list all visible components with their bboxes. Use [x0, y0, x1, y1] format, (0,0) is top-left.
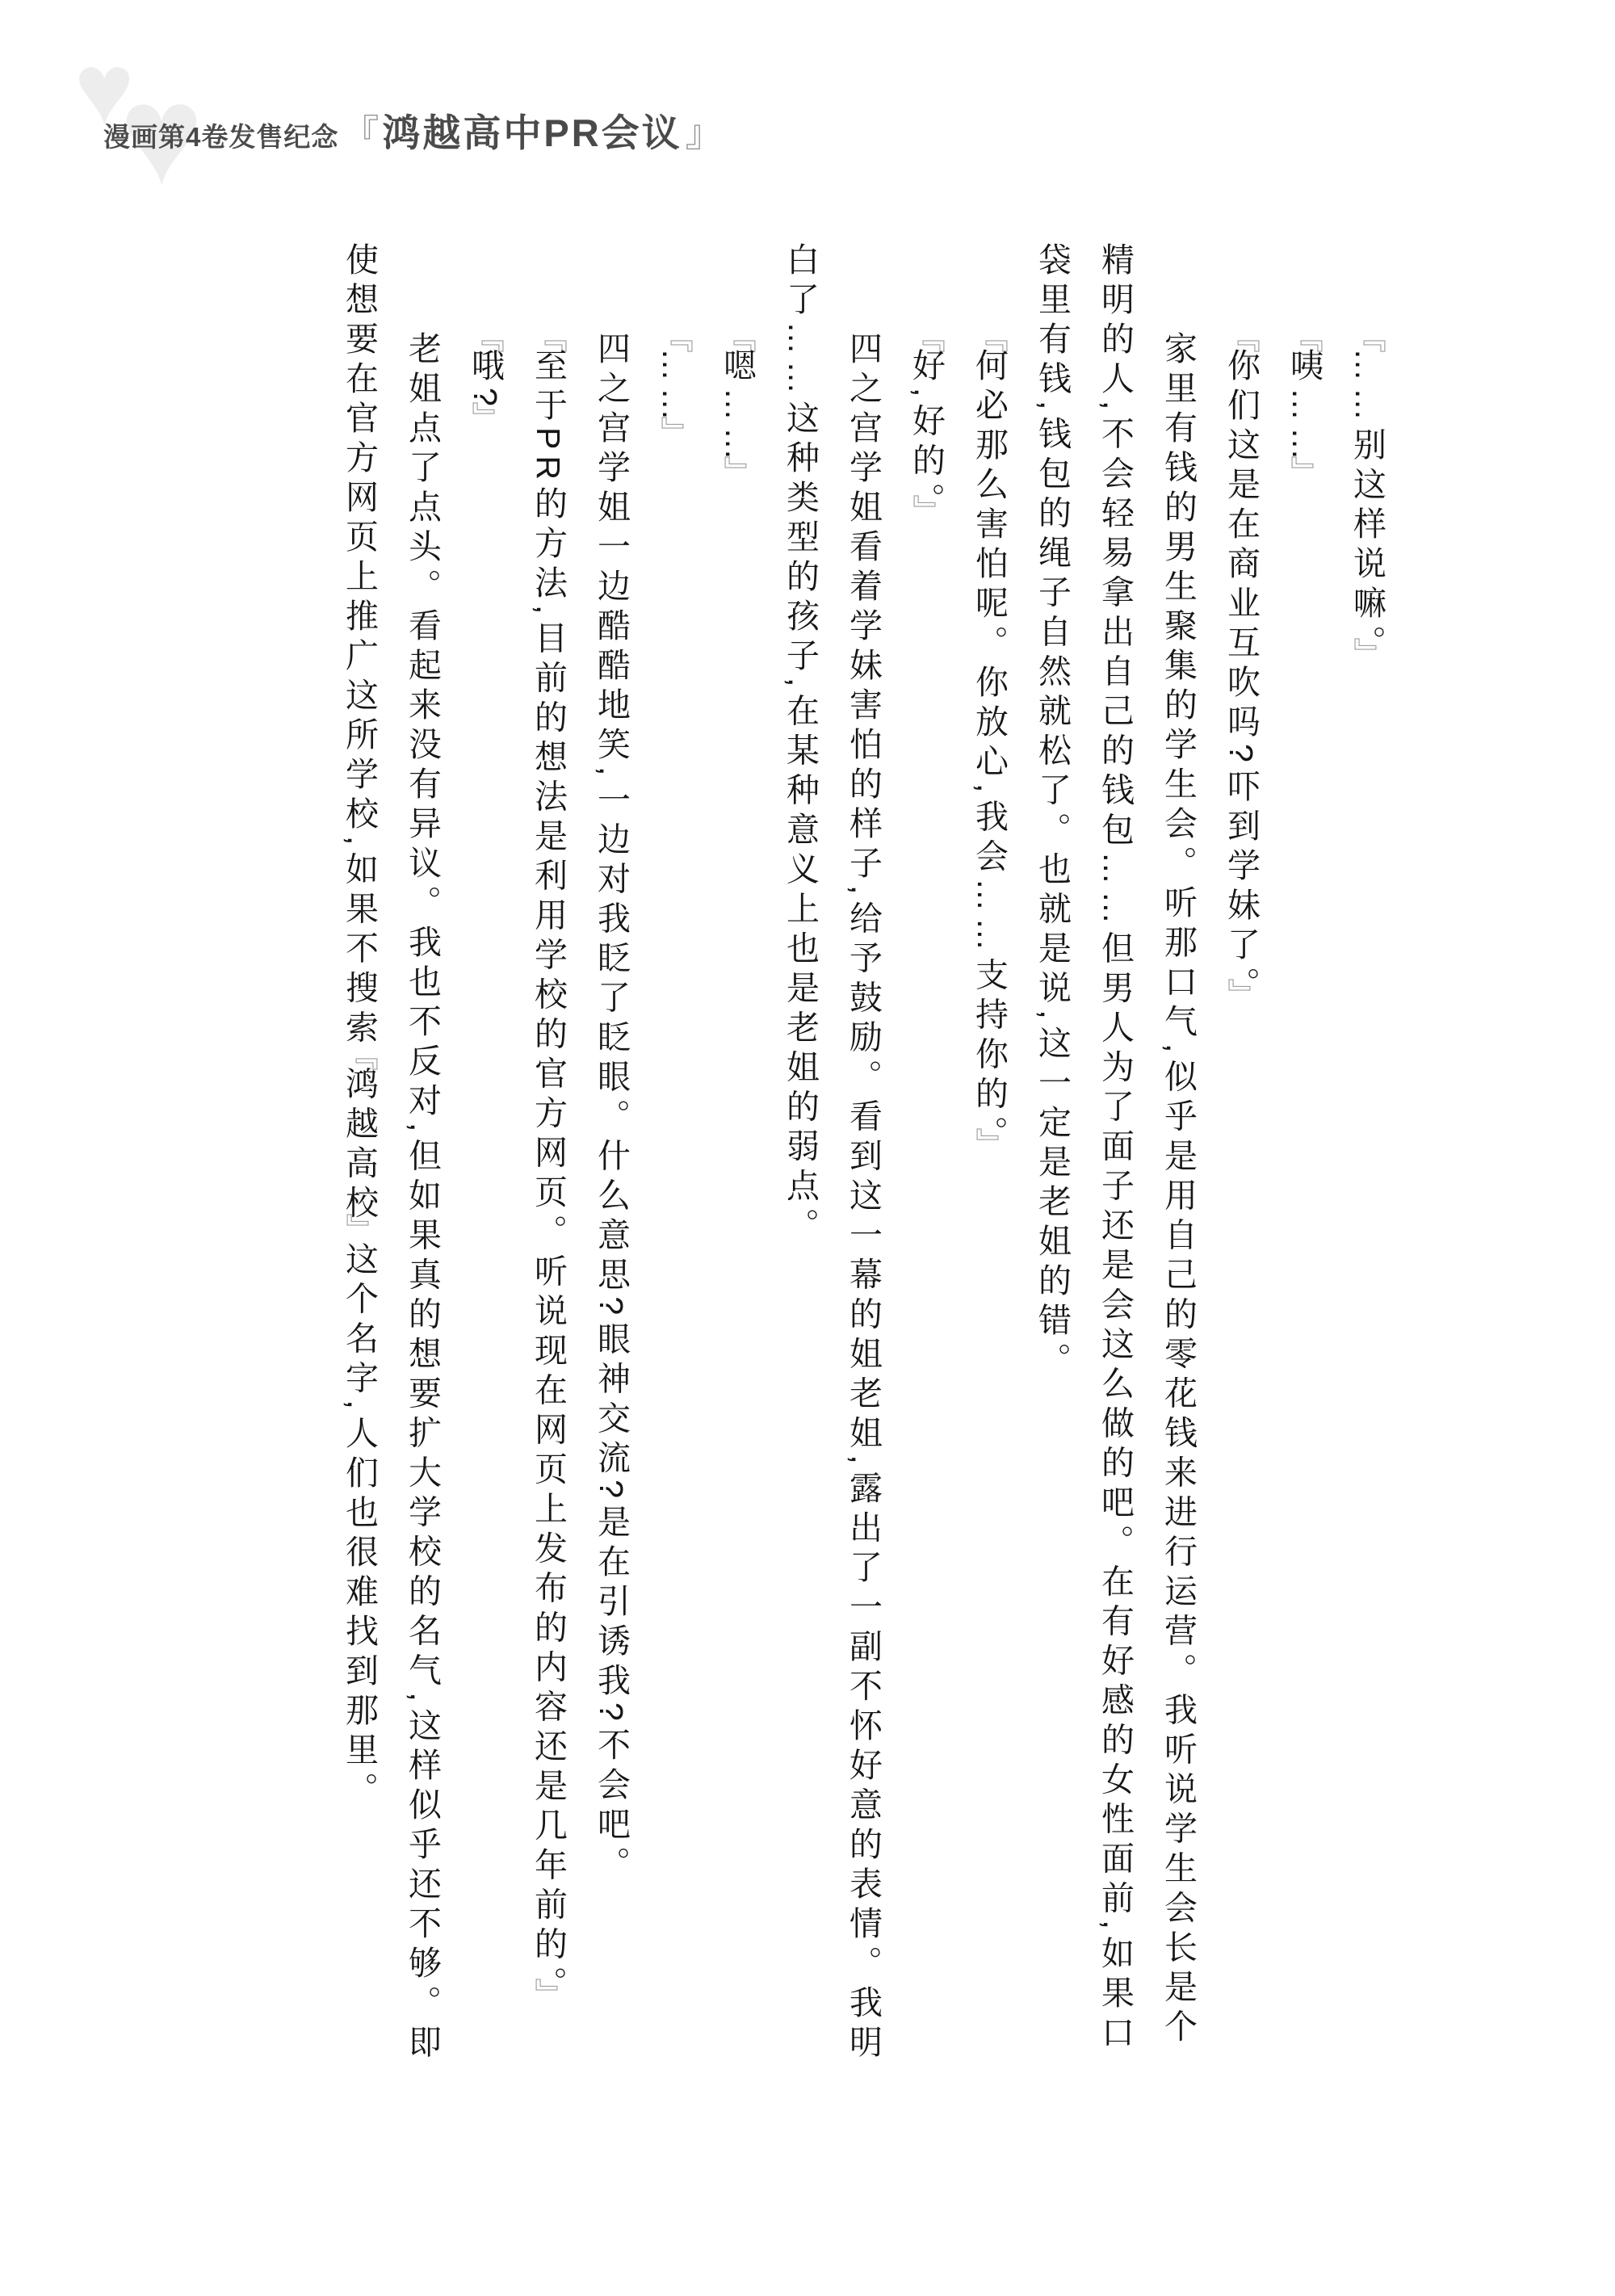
page-header: ♥ ♥ 漫画第4卷发售纪念 『 鸿越高中PR会议 』 — [0, 0, 969, 210]
quote-bracket-icon: 『 — [908, 320, 945, 359]
paragraph: 家里有钱的男生聚集的学生会。听那口气,似乎是用自己的零花钱来进行运营。我听说学生… — [1021, 242, 1210, 2084]
quote-bracket-icon: 『 — [1286, 320, 1323, 359]
quote-bracket-icon: 『 — [341, 1038, 378, 1077]
quote-bracket-icon: 』 — [1286, 455, 1323, 495]
quote-bracket-icon: 『 — [1349, 320, 1386, 359]
quote-bracket-icon: 』 — [530, 1978, 567, 2017]
header-prefix: 漫画第4卷发售纪念 — [103, 116, 338, 154]
quote-bracket-icon: 『 — [530, 320, 567, 359]
quote-bracket-icon: 』 — [971, 1127, 1008, 1167]
quote-bracket-icon: 『 — [467, 320, 504, 359]
vertical-text-block: 『……别这样说嘛。』『咦……』『你们这是在商业互吹吗?吓到学妹了。』家里有钱的男… — [328, 242, 1399, 2084]
quote-bracket-icon: 』 — [656, 416, 693, 455]
paragraph: 四之宫学姐看着学妹害怕的样子,给予鼓励。看到这一幕的姐老姐,露出了一副不怀好意的… — [769, 242, 895, 2084]
paragraph: 『至于PR的方法,目前的想法是利用学校的官方网页。听说现在网页上发布的内容还是几… — [517, 242, 580, 2084]
page-title: 鸿越高中PR会议 — [382, 103, 682, 157]
close-bracket-icon: 』 — [686, 104, 723, 157]
header-title-line: 漫画第4卷发售纪念 『 鸿越高中PR会议 』 — [103, 103, 726, 157]
quote-bracket-icon: 』 — [1349, 637, 1386, 677]
quote-bracket-icon: 』 — [467, 401, 504, 441]
quote-bracket-icon: 『 — [971, 320, 1008, 359]
paragraph: 『咦……』 — [1273, 242, 1336, 2084]
paragraph: 四之宫学姐一边酷酷地笑,一边对我眨了眨眼。什么意思?眼神交流?是在引诱我?不会吧… — [580, 242, 643, 2084]
quote-bracket-icon: 』 — [1223, 978, 1260, 1018]
quote-bracket-icon: 』 — [341, 1213, 378, 1253]
paragraph: 『好,好的。』 — [895, 242, 958, 2084]
quote-bracket-icon: 『 — [719, 320, 756, 359]
quote-bracket-icon: 『 — [656, 320, 693, 359]
paragraph: 『何必那么害怕呢。你放心,我会……支持你的。』 — [958, 242, 1021, 2084]
paragraph: 『哦?』 — [454, 242, 517, 2084]
quote-bracket-icon: 『 — [1223, 320, 1260, 359]
paragraph: 『……别这样说嘛。』 — [1336, 242, 1399, 2084]
quote-bracket-icon: 』 — [908, 494, 945, 534]
open-bracket-icon: 『 — [342, 104, 379, 157]
paragraph: 『嗯……』 — [706, 242, 769, 2084]
quote-bracket-icon: 』 — [719, 455, 756, 495]
paragraph: 老姐点了点头。看起来没有异议。我也不反对,但如果真的想要扩大学校的名气,这样似乎… — [328, 242, 454, 2084]
paragraph: 『……』 — [643, 242, 706, 2084]
paragraph: 『你们这是在商业互吹吗?吓到学妹了。』 — [1210, 242, 1273, 2084]
